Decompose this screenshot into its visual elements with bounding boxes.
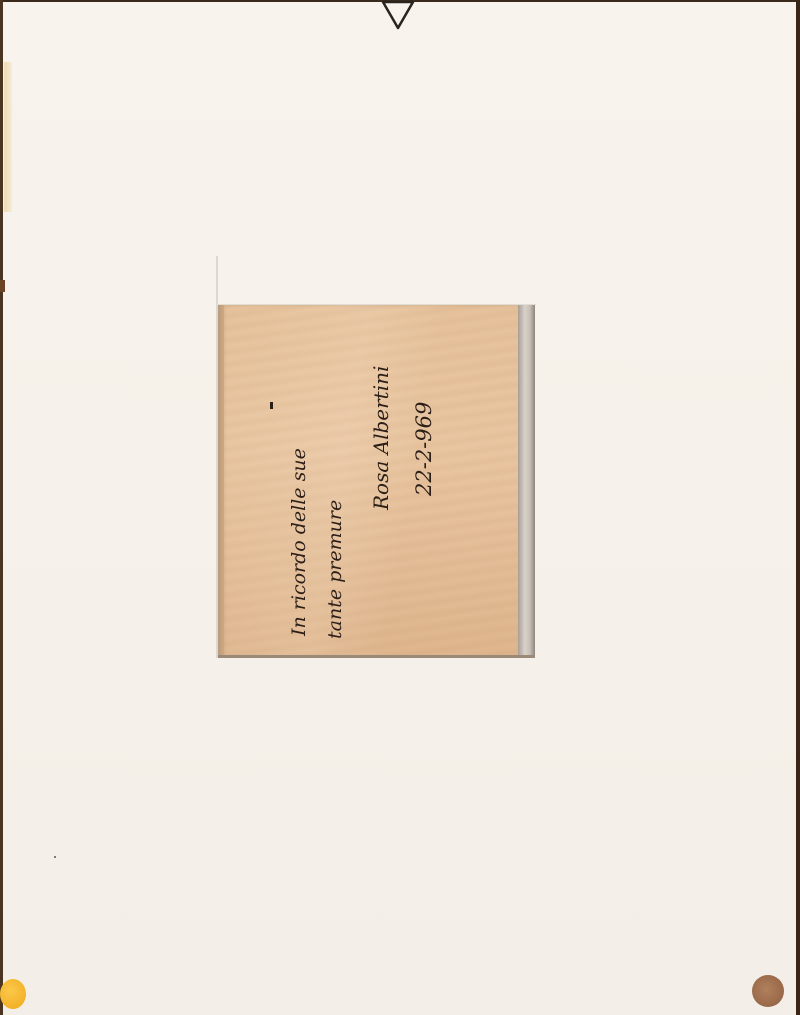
inscription-line-1: In ricordo delle sue [288,448,310,636]
brown-sticker [752,975,784,1007]
panel-left-edge [218,305,224,658]
ink-mark [270,402,273,409]
tape-residue [4,62,12,212]
frame-stain [0,280,5,292]
inscription-line-2: tante premure [324,500,346,639]
panel-bottom-edge [218,655,535,658]
hanger-icon [380,0,416,32]
speck [54,856,56,858]
frame-left-edge [0,0,3,1015]
inscription-date: 22-2-969 [412,402,436,496]
frame-right-edge [796,0,800,1015]
panel-right-strip [518,305,535,658]
inscription-signature: Rosa Albertini [369,366,393,510]
yellow-sticker [0,979,26,1009]
